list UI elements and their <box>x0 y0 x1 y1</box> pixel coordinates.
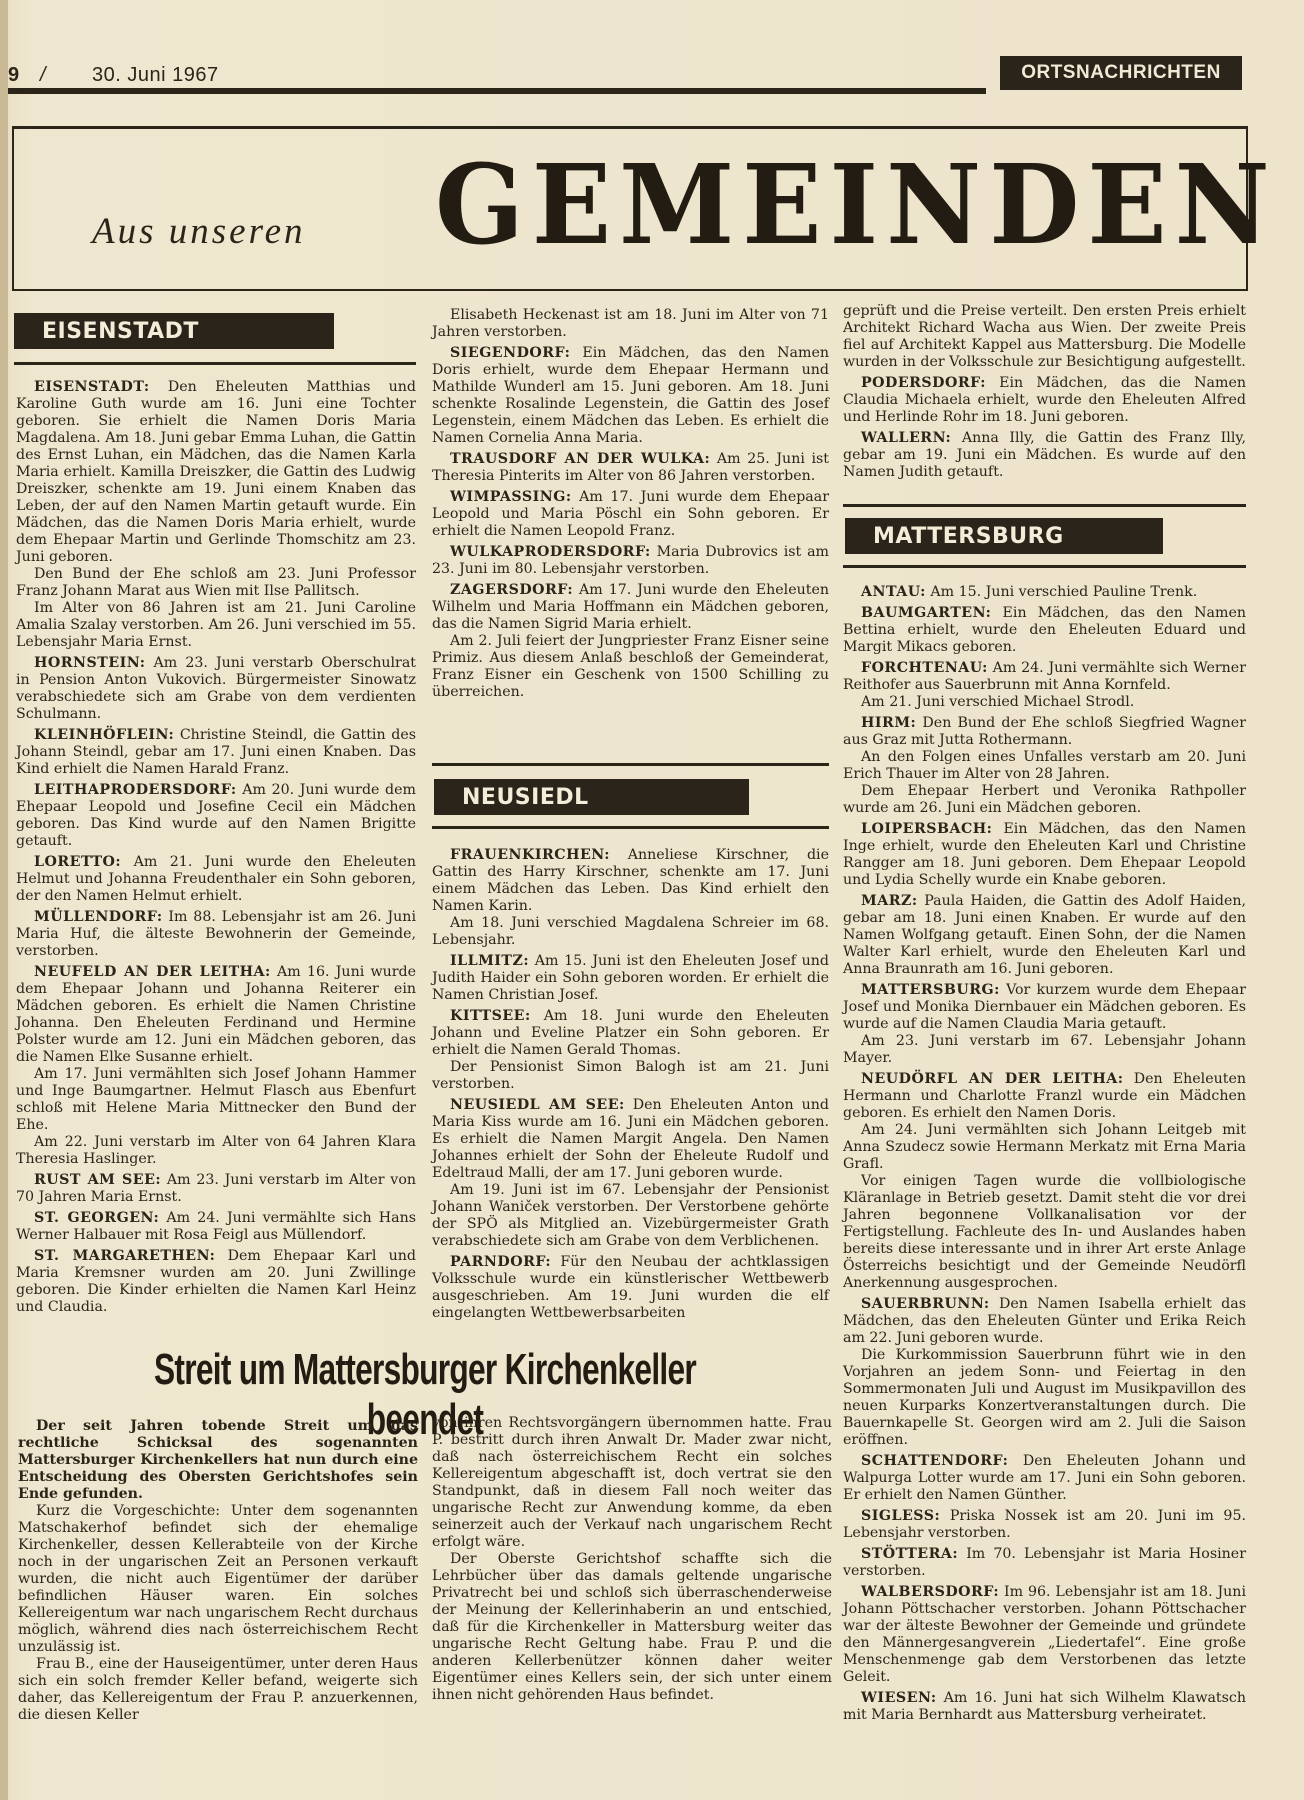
place-name: SIEGENDORF: <box>450 345 570 361</box>
news-item: STÖTTERA: Im 70. Lebensjahr ist Maria Ho… <box>843 1546 1246 1580</box>
item-text: Der Pensionist Simon Balogh ist am 21. J… <box>432 1059 829 1092</box>
article-paragraph: Frau B., eine der Hauseigentümer, unter … <box>18 1656 418 1724</box>
news-item: An den Folgen eines Unfalles verstarb am… <box>843 749 1246 783</box>
item-text: Am 2. Juli feiert der Jungpriester Franz… <box>432 633 829 700</box>
issue-date: 30. Juni 1967 <box>92 64 219 87</box>
news-item: KLEINHÖFLEIN: Christine Steindl, die Gat… <box>16 727 416 778</box>
place-name: ANTAU: <box>861 584 926 600</box>
place-name: TRAUSDORF AN DER WULKA: <box>450 451 710 467</box>
news-item: Am 23. Juni verstarb im 67. Lebensjahr J… <box>843 1033 1246 1067</box>
item-text: Elisabeth Heckenast ist am 18. Juni im A… <box>432 307 829 340</box>
item-text: Am 17. Juni vermählten sich Josef Johann… <box>16 1066 416 1133</box>
news-item: Am 18. Juni verschied Magdalena Schreier… <box>432 915 829 949</box>
news-item: KITTSEE: Am 18. Juni wurde den Eheleuten… <box>432 1008 829 1059</box>
news-item: NEUFELD AN DER LEITHA: Am 16. Juni wurde… <box>16 964 416 1066</box>
item-text: Am 18. Juni verschied Magdalena Schreier… <box>432 915 829 948</box>
section-rule <box>843 565 1246 568</box>
news-item: Am 2. Juli feiert der Jungpriester Franz… <box>432 633 829 701</box>
news-item: Elisabeth Heckenast ist am 18. Juni im A… <box>432 307 829 341</box>
news-item: FORCHTENAU: Am 24. Juni vermählte sich W… <box>843 660 1246 694</box>
news-item: ST. GEORGEN: Am 24. Juni vermählte sich … <box>16 1210 416 1244</box>
place-name: LORETTO: <box>34 854 121 870</box>
news-item: BAUMGARTEN: Ein Mädchen, das den Namen B… <box>843 605 1246 656</box>
news-item: MÜLLENDORF: Im 88. Lebensjahr ist am 26.… <box>16 909 416 960</box>
place-name: HORNSTEIN: <box>34 655 145 671</box>
place-name: WIESEN: <box>861 1690 937 1706</box>
place-name: MATTERSBURG: <box>861 982 1000 998</box>
column-neusiedl-continued: geprüft und die Preise verteilt. Den ers… <box>843 303 1246 481</box>
news-item: ZAGERSDORF: Am 17. Juni wurde den Eheleu… <box>432 582 829 633</box>
news-item: LOIPERSBACH: Ein Mädchen, das den Namen … <box>843 821 1246 889</box>
masthead-kicker: Aus unseren <box>92 210 306 253</box>
news-item: ANTAU: Am 15. Juni verschied Pauline Tre… <box>843 584 1246 601</box>
place-name: LEITHAPRODERSDORF: <box>34 782 237 798</box>
column-eisenstadt-continued: Elisabeth Heckenast ist am 18. Juni im A… <box>432 307 829 701</box>
news-item: NEUDÖRFL AN DER LEITHA: Den Eheleuten He… <box>843 1071 1246 1122</box>
item-text: Am 15. Juni verschied Pauline Trenk. <box>926 584 1197 600</box>
article-column-2: von ihren Rechtsvorgängern übernommen ha… <box>432 1415 832 1704</box>
place-name: WULKAPRODERSDORF: <box>450 544 651 560</box>
news-item: NEUSIEDL AM SEE: Den Eheleuten Anton und… <box>432 1097 829 1182</box>
item-text: Am 22. Juni verstarb im Alter von 64 Jah… <box>16 1134 416 1167</box>
column-mattersburg: ANTAU: Am 15. Juni verschied Pauline Tre… <box>843 580 1246 1724</box>
page-mark: / <box>40 64 46 87</box>
item-text: Dem Ehepaar Herbert und Veronika Rathpol… <box>843 783 1246 816</box>
place-name: RUST AM SEE: <box>34 1172 161 1188</box>
news-item: MATTERSBURG: Vor kurzem wurde dem Ehepaa… <box>843 982 1246 1033</box>
section-header-eisenstadt: EISENSTADT <box>14 313 334 349</box>
news-item: Vor einigen Tagen wurde die vollbiologis… <box>843 1173 1246 1292</box>
news-item: FRAUENKIRCHEN: Anneliese Kirschner, die … <box>432 847 829 915</box>
place-name: PODERSDORF: <box>861 375 986 391</box>
place-name: EISENSTADT: <box>34 379 150 395</box>
news-item: EISENSTADT: Den Eheleuten Matthias und K… <box>16 379 416 566</box>
column-neusiedl: FRAUENKIRCHEN: Anneliese Kirschner, die … <box>432 843 829 1322</box>
place-name: FRAUENKIRCHEN: <box>450 847 610 863</box>
place-name: FORCHTENAU: <box>861 660 988 676</box>
item-text: Den Bund der Ehe schloß am 23. Juni Prof… <box>16 566 416 599</box>
news-item: SAUERBRUNN: Den Namen Isabella erhielt d… <box>843 1296 1246 1347</box>
article-column-1: Der seit Jahren tobende Streit um das re… <box>18 1418 418 1724</box>
news-item: HIRM: Den Bund der Ehe schloß Siegfried … <box>843 715 1246 749</box>
place-name: PARNDORF: <box>450 1254 551 1270</box>
place-name: ZAGERSDORF: <box>450 582 573 598</box>
article-paragraph: Der Oberste Gerichtshof schaffte sich di… <box>432 1551 832 1704</box>
place-name: LOIPERSBACH: <box>861 821 992 837</box>
item-text: Am 24. Juni vermählten sich Johann Leitg… <box>843 1122 1246 1172</box>
place-name: ST. GEORGEN: <box>34 1210 159 1226</box>
page-number: 9 <box>8 64 19 87</box>
item-text: Am 19. Juni ist im 67. Lebensjahr der Pe… <box>432 1182 829 1249</box>
item-text: geprüft und die Preise verteilt. Den ers… <box>843 303 1246 370</box>
section-rule <box>432 826 829 829</box>
article-lead: Der seit Jahren tobende Streit um das re… <box>18 1418 418 1503</box>
place-name: WIMPASSING: <box>450 489 572 505</box>
newspaper-page: 9 / 30. Juni 1967 ORTSNACHRICHTEN Aus un… <box>0 0 1304 1800</box>
place-name: WALLERN: <box>861 430 951 446</box>
section-rule <box>432 763 829 766</box>
news-item: Den Bund der Ehe schloß am 23. Juni Prof… <box>16 566 416 600</box>
news-item: Dem Ehepaar Herbert und Veronika Rathpol… <box>843 783 1246 817</box>
item-text: Die Kurkommission Sauerbrunn führt wie i… <box>843 1347 1246 1448</box>
place-name: ILLMITZ: <box>450 953 529 969</box>
place-name: STÖTTERA: <box>861 1546 958 1562</box>
news-item: geprüft und die Preise verteilt. Den ers… <box>843 303 1246 371</box>
news-item: ILLMITZ: Am 15. Juni ist den Eheleuten J… <box>432 953 829 1004</box>
news-item: MARZ: Paula Haiden, die Gattin des Adolf… <box>843 893 1246 978</box>
page-spine <box>0 0 8 1800</box>
place-name: HIRM: <box>861 715 916 731</box>
news-item: PODERSDORF: Ein Mädchen, das die Namen C… <box>843 375 1246 426</box>
news-item: TRAUSDORF AN DER WULKA: Am 25. Juni ist … <box>432 451 829 485</box>
news-item: WALLERN: Anna Illy, die Gattin des Franz… <box>843 430 1246 481</box>
news-item: WULKAPRODERSDORF: Maria Dubrovics ist am… <box>432 544 829 578</box>
header-rule <box>8 88 986 94</box>
item-text: Am 23. Juni verstarb im 67. Lebensjahr J… <box>843 1033 1246 1066</box>
article-paragraph: Kurz die Vorgeschichte: Unter dem sogena… <box>18 1503 418 1656</box>
news-item: PARNDORF: Für den Neubau der achtklassig… <box>432 1254 829 1322</box>
place-name: SIGLESS: <box>861 1508 940 1524</box>
news-item: LEITHAPRODERSDORF: Am 20. Juni wurde dem… <box>16 782 416 850</box>
news-item: ST. MARGARETHEN: Dem Ehepaar Karl und Ma… <box>16 1248 416 1316</box>
news-item: WIESEN: Am 16. Juni hat sich Wilhelm Kla… <box>843 1690 1246 1724</box>
item-text: Im Alter von 86 Jahren ist am 21. Juni C… <box>16 600 416 650</box>
section-header-neusiedl: NEUSIEDL <box>434 779 749 815</box>
news-item: HORNSTEIN: Am 23. Juni verstarb Oberschu… <box>16 655 416 723</box>
place-name: BAUMGARTEN: <box>861 605 991 621</box>
masthead-title: GEMEINDEN <box>435 140 1278 269</box>
news-item: Der Pensionist Simon Balogh ist am 21. J… <box>432 1059 829 1093</box>
section-rule <box>843 504 1246 507</box>
section-rule <box>14 362 416 365</box>
news-item: Am 17. Juni vermählten sich Josef Johann… <box>16 1066 416 1134</box>
place-name: MARZ: <box>861 893 918 909</box>
news-item: RUST AM SEE: Am 23. Juni verstarb im Alt… <box>16 1172 416 1206</box>
news-item: LORETTO: Am 21. Juni wurde den Eheleuten… <box>16 854 416 905</box>
place-name: WALBERSDORF: <box>861 1584 999 1600</box>
news-item: Die Kurkommission Sauerbrunn führt wie i… <box>843 1347 1246 1449</box>
item-text: Vor einigen Tagen wurde die vollbiologis… <box>843 1173 1246 1291</box>
news-item: WALBERSDORF: Im 96. Lebensjahr ist am 18… <box>843 1584 1246 1686</box>
news-item: Im Alter von 86 Jahren ist am 21. Juni C… <box>16 600 416 651</box>
section-badge: ORTSNACHRICHTEN <box>1000 56 1242 90</box>
news-item: Am 22. Juni verstarb im Alter von 64 Jah… <box>16 1134 416 1168</box>
place-name: MÜLLENDORF: <box>34 909 163 925</box>
article-paragraph: von ihren Rechtsvorgängern übernommen ha… <box>432 1415 832 1551</box>
section-header-mattersburg: MATTERSBURG <box>845 518 1163 554</box>
place-name: NEUFELD AN DER LEITHA: <box>34 964 271 980</box>
news-item: SCHATTENDORF: Den Eheleuten Johann und W… <box>843 1453 1246 1504</box>
news-item: SIEGENDORF: Ein Mädchen, das den Namen D… <box>432 345 829 447</box>
item-text: Am 21. Juni verschied Michael Strodl. <box>861 694 1134 710</box>
news-item: SIGLESS: Priska Nossek ist am 20. Juni i… <box>843 1508 1246 1542</box>
place-name: NEUSIEDL AM SEE: <box>450 1097 625 1113</box>
place-name: SCHATTENDORF: <box>861 1453 1008 1469</box>
place-name: KLEINHÖFLEIN: <box>34 727 174 743</box>
news-item: Am 21. Juni verschied Michael Strodl. <box>843 694 1246 711</box>
news-item: Am 19. Juni ist im 67. Lebensjahr der Pe… <box>432 1182 829 1250</box>
item-text: Den Eheleuten Matthias und Karoline Guth… <box>16 379 416 565</box>
news-item: WIMPASSING: Am 17. Juni wurde dem Ehepaa… <box>432 489 829 540</box>
place-name: NEUDÖRFL AN DER LEITHA: <box>861 1071 1124 1087</box>
column-eisenstadt: EISENSTADT: Den Eheleuten Matthias und K… <box>16 375 416 1316</box>
place-name: ST. MARGARETHEN: <box>34 1248 215 1264</box>
news-item: Am 24. Juni vermählten sich Johann Leitg… <box>843 1122 1246 1173</box>
item-text: An den Folgen eines Unfalles verstarb am… <box>843 749 1246 782</box>
place-name: KITTSEE: <box>450 1008 531 1024</box>
place-name: SAUERBRUNN: <box>861 1296 990 1312</box>
